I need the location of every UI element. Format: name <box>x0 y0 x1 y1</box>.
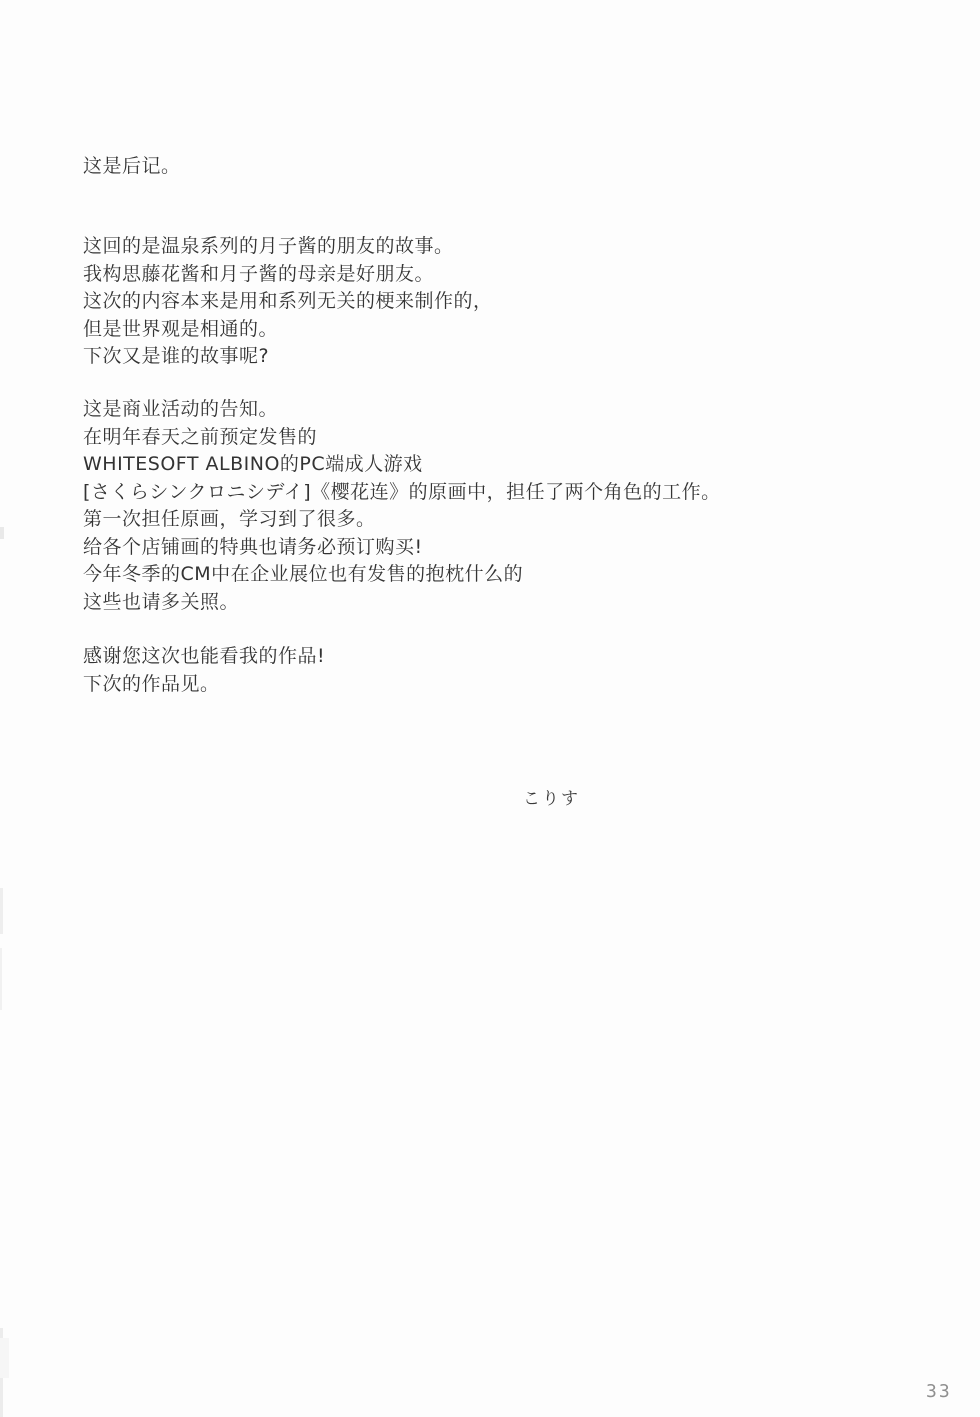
afterword-line: 下次的作品见。 <box>83 671 325 699</box>
afterword-line: 但是世界观是相通的。 <box>83 316 493 344</box>
afterword-line: [さくらシンクロニシデイ]《樱花连》的原画中，担任了两个角色的工作。 <box>83 479 721 507</box>
page-number: 33 <box>926 1381 952 1402</box>
afterword-line: 这次的内容本来是用和系列无关的梗来制作的， <box>83 288 493 316</box>
afterword-page: 这是后记。 这回的是温泉系列的月子酱的朋友的故事。 我构思藤花酱和月子酱的母亲是… <box>0 0 980 1417</box>
afterword-line: 给各个店铺画的特典也请务必预订购买! <box>83 534 721 562</box>
afterword-line: 在明年春天之前预定发售的 <box>83 424 721 452</box>
afterword-commercial-paragraph: 这是商业活动的告知。 在明年春天之前预定发售的 WHITESOFT ALBINO… <box>83 396 721 616</box>
afterword-intro-line: 这是后记。 <box>83 153 181 181</box>
afterword-line: 第一次担任原画，学习到了很多。 <box>83 506 721 534</box>
scan-artifact <box>0 888 3 934</box>
author-signature: こりす <box>523 784 580 809</box>
afterword-line: WHITESOFT ALBINO的PC端成人游戏 <box>83 451 721 479</box>
afterword-story-paragraph: 这回的是温泉系列的月子酱的朋友的故事。 我构思藤花酱和月子酱的母亲是好朋友。 这… <box>83 233 493 371</box>
afterword-thanks-paragraph: 感谢您这次也能看我的作品! 下次的作品见。 <box>83 643 325 698</box>
afterword-line: 这些也请多关照。 <box>83 589 721 617</box>
afterword-line: 下次又是谁的故事呢? <box>83 343 493 371</box>
scan-artifact <box>0 1328 3 1417</box>
afterword-line: 今年冬季的CM中在企业展位也有发售的抱枕什么的 <box>83 561 721 589</box>
scan-artifact <box>0 527 4 539</box>
afterword-line: 我构思藤花酱和月子酱的母亲是好朋友。 <box>83 261 493 289</box>
afterword-line: 这是商业活动的告知。 <box>83 396 721 424</box>
afterword-line: 感谢您这次也能看我的作品! <box>83 643 325 671</box>
scan-artifact <box>0 948 2 1010</box>
afterword-line: 这回的是温泉系列的月子酱的朋友的故事。 <box>83 233 493 261</box>
scan-artifact <box>0 1338 9 1378</box>
